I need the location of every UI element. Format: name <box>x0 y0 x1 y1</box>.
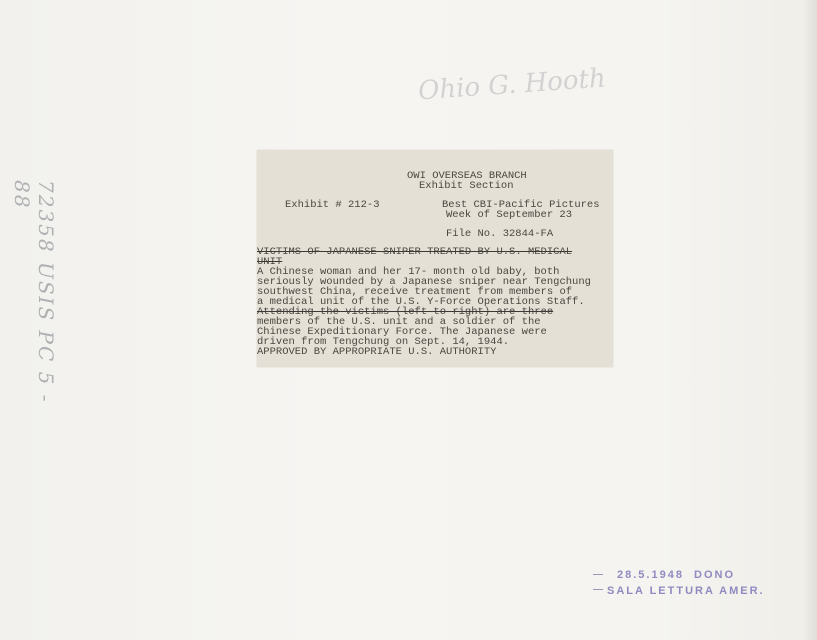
caption-title-line1: VICTIMS OF JAPANESE SNIPER TREATED BY U.… <box>257 247 572 257</box>
caption-approval-line: APPROVED BY APPROPRIATE U.S. AUTHORITY <box>257 347 496 357</box>
exhibit-number: Exhibit # 212-3 <box>285 200 380 210</box>
library-stamp-date: 28.5.1948 DONO <box>617 569 735 581</box>
card-header-line2: Exhibit Section <box>419 181 514 191</box>
stamp-dash <box>593 574 603 575</box>
file-number: File No. 32844-FA <box>446 229 553 239</box>
library-stamp-location: SALA LETTURA AMER. <box>607 585 765 597</box>
pencil-side-note: 72358 USIS PC 5 - 88 <box>18 180 58 440</box>
series-line2: Week of September 23 <box>446 210 572 220</box>
paper-edge-shadow <box>803 0 817 640</box>
stamp-dash <box>593 589 603 590</box>
caption-card: OWI OVERSEAS BRANCH Exhibit Section Exhi… <box>257 150 613 367</box>
